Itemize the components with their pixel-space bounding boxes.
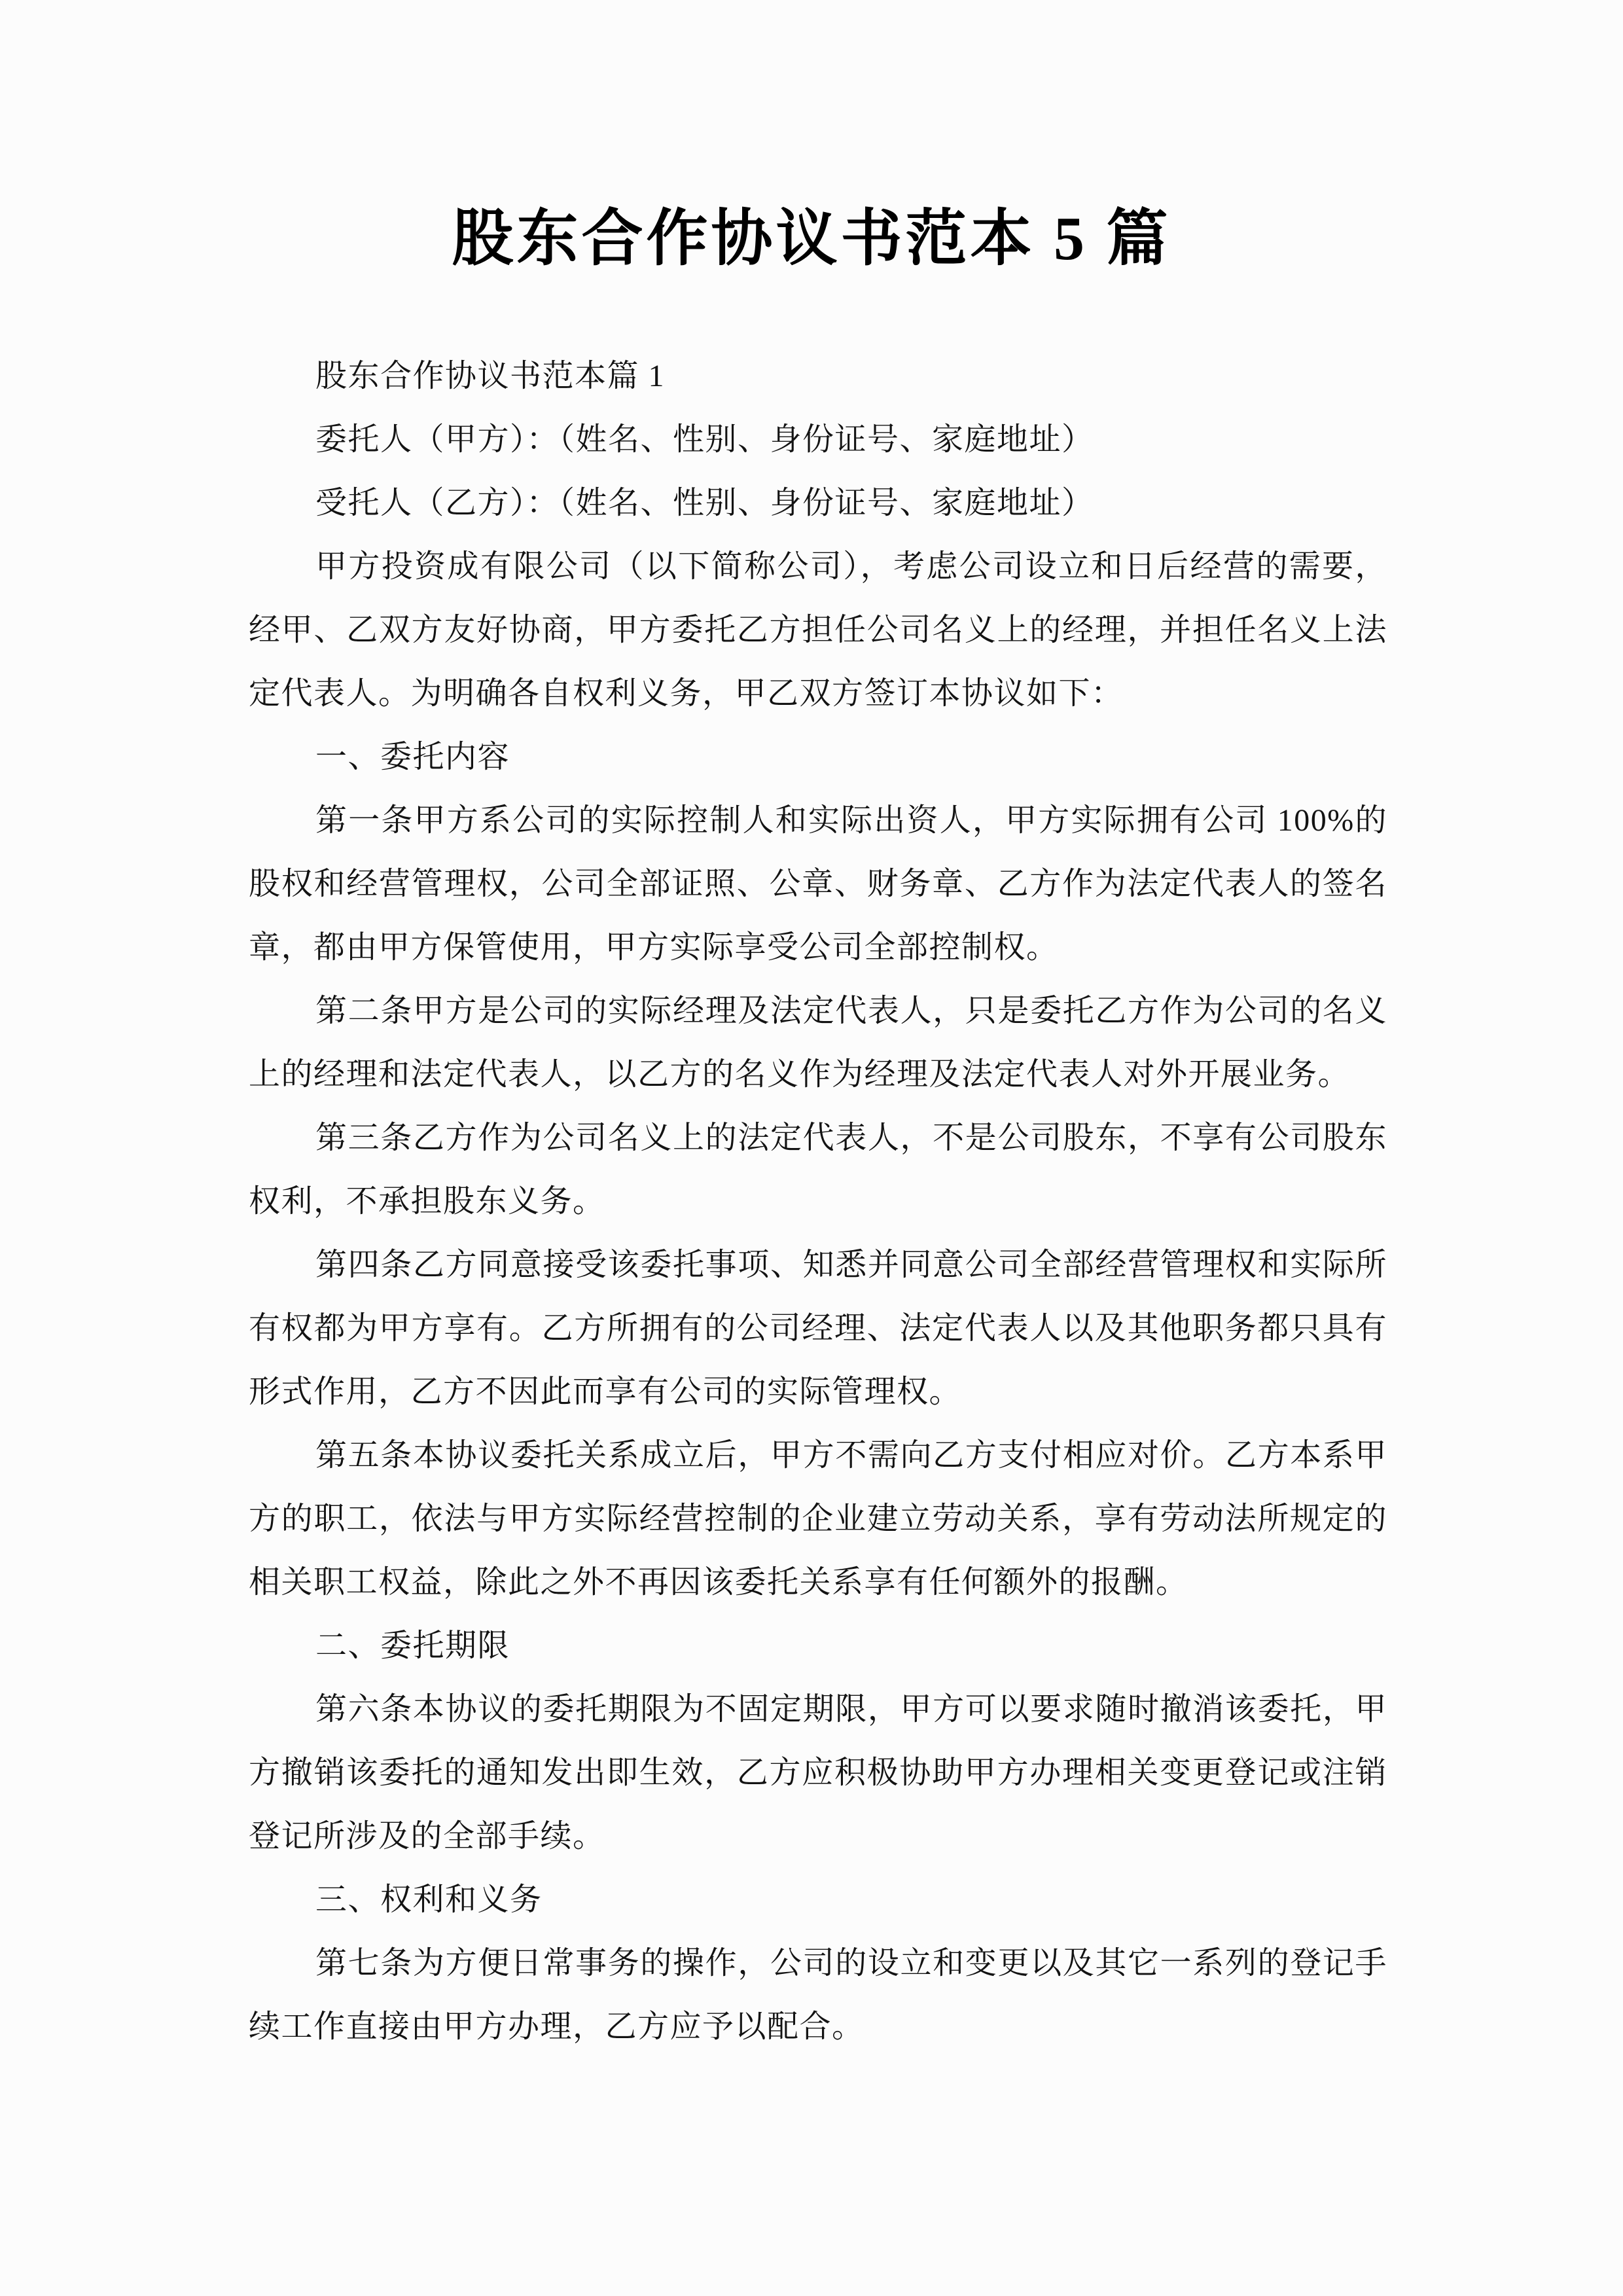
document-page: 股东合作协议书范本 5 篇 股东合作协议书范本篇 1委托人（甲方）：（姓名、性别…: [0, 0, 1623, 2296]
text-line: 有权都为甲方享有。乙方所拥有的公司经理、法定代表人以及其他职务都只具有: [249, 1297, 1387, 1360]
text-line: 一、委托内容: [249, 725, 1387, 789]
document-body: 股东合作协议书范本篇 1委托人（甲方）：（姓名、性别、身份证号、家庭地址）受托人…: [249, 344, 1387, 2058]
text-line: 第四条乙方同意接受该委托事项、知悉并同意公司全部经营管理权和实际所: [249, 1233, 1387, 1297]
text-line: 登记所涉及的全部手续。: [249, 1804, 1387, 1868]
text-line: 二、委托期限: [249, 1614, 1387, 1677]
document-title: 股东合作协议书范本 5 篇: [0, 0, 1623, 281]
text-line: 甲方投资成有限公司（以下简称公司），考虑公司设立和日后经营的需要，: [249, 535, 1387, 598]
text-line: 章，都由甲方保管使用，甲方实际享受公司全部控制权。: [249, 916, 1387, 979]
text-line: 上的经理和法定代表人，以乙方的名义作为经理及法定代表人对外开展业务。: [249, 1043, 1387, 1106]
text-line: 第五条本协议委托关系成立后，甲方不需向乙方支付相应对价。乙方本系甲: [249, 1424, 1387, 1487]
text-line: 第六条本协议的委托期限为不固定期限，甲方可以要求随时撤消该委托，甲: [249, 1677, 1387, 1741]
text-line: 形式作用，乙方不因此而享有公司的实际管理权。: [249, 1360, 1387, 1424]
text-line: 经甲、乙双方友好协商，甲方委托乙方担任公司名义上的经理，并担任名义上法: [249, 598, 1387, 662]
text-line: 第一条甲方系公司的实际控制人和实际出资人，甲方实际拥有公司 100%的: [249, 789, 1387, 852]
text-line: 委托人（甲方）：（姓名、性别、身份证号、家庭地址）: [249, 408, 1387, 471]
text-line: 相关职工权益，除此之外不再因该委托关系享有任何额外的报酬。: [249, 1551, 1387, 1614]
text-line: 股权和经营管理权，公司全部证照、公章、财务章、乙方作为法定代表人的签名: [249, 852, 1387, 916]
text-line: 受托人（乙方）：（姓名、性别、身份证号、家庭地址）: [249, 471, 1387, 535]
text-line: 第七条为方便日常事务的操作，公司的设立和变更以及其它一系列的登记手: [249, 1931, 1387, 1995]
text-line: 股东合作协议书范本篇 1: [249, 344, 1387, 408]
text-line: 续工作直接由甲方办理，乙方应予以配合。: [249, 1995, 1387, 2058]
text-line: 权利，不承担股东义务。: [249, 1170, 1387, 1233]
text-line: 方的职工，依法与甲方实际经营控制的企业建立劳动关系，享有劳动法所规定的: [249, 1487, 1387, 1551]
text-line: 方撤销该委托的通知发出即生效，乙方应积极协助甲方办理相关变更登记或注销: [249, 1741, 1387, 1804]
text-line: 定代表人。为明确各自权利义务，甲乙双方签订本协议如下：: [249, 662, 1387, 725]
text-line: 三、权利和义务: [249, 1868, 1387, 1931]
text-line: 第二条甲方是公司的实际经理及法定代表人，只是委托乙方作为公司的名义: [249, 979, 1387, 1043]
text-line: 第三条乙方作为公司名义上的法定代表人，不是公司股东，不享有公司股东: [249, 1106, 1387, 1170]
